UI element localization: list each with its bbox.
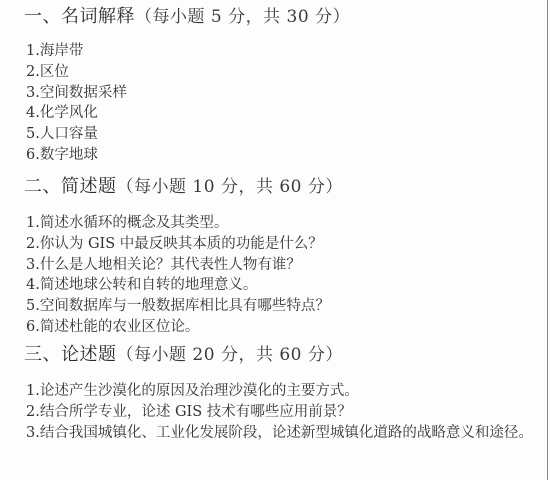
question-item: 6.简述杜能的农业区位论。 (24, 317, 546, 338)
section-title: 简述题 (61, 176, 117, 197)
question-number: 4. (26, 105, 40, 121)
question-number: 2. (26, 64, 40, 80)
question-text: 化学风化 (40, 105, 98, 121)
question-item: 2.结合所学专业，论述 GIS 技术有哪些应用前景？ (24, 402, 546, 423)
question-number: 3. (26, 257, 40, 273)
question-number: 5. (26, 298, 40, 314)
question-number: 1. (26, 43, 40, 59)
question-item: 6.数字地球 (24, 145, 546, 166)
section-number: 一、 (24, 6, 61, 27)
question-number: 5. (26, 126, 40, 142)
question-item: 4.简述地球公转和自转的地理意义。 (24, 275, 546, 296)
section-term-definitions: 一、名词解释（每小题 5 分，共 30 分） 1.海岸带 2.区位 3.空间数据… (24, 6, 546, 166)
question-item: 1.简述水循环的概念及其类型。 (24, 213, 546, 234)
question-item: 5.人口容量 (24, 124, 546, 145)
section-heading: 二、简述题（每小题 10 分，共 60 分） (24, 176, 546, 198)
question-text: 论述产生沙漠化的原因及治理沙漠化的主要方式。 (40, 383, 359, 399)
section-short-answer: 二、简述题（每小题 10 分，共 60 分） 1.简述水循环的概念及其类型。 2… (24, 176, 546, 338)
section-score-note: （每小题 5 分，共 30 分） (135, 7, 350, 27)
question-text: 简述杜能的农业区位论。 (40, 319, 200, 335)
question-number: 2. (26, 404, 40, 420)
question-item: 3.结合我国城镇化、工业化发展阶段，论述新型城镇化道路的战略意义和途径。 (24, 423, 546, 444)
question-item: 1.论述产生沙漠化的原因及治理沙漠化的主要方式。 (24, 381, 546, 402)
section-score-note: （每小题 20 分，共 60 分） (117, 345, 343, 365)
question-text: 简述水循环的概念及其类型。 (40, 215, 229, 231)
question-number: 4. (26, 277, 40, 293)
question-item: 2.你认为 GIS 中最反映其本质的功能是什么？ (24, 234, 546, 255)
section-title: 名词解释 (61, 6, 135, 27)
section-number: 三、 (24, 344, 61, 365)
question-item: 4.化学风化 (24, 103, 546, 124)
section-number: 二、 (24, 176, 61, 197)
question-text: 你认为 GIS 中最反映其本质的功能是什么？ (40, 236, 323, 252)
question-number: 1. (26, 383, 40, 399)
section-heading: 三、论述题（每小题 20 分，共 60 分） (24, 344, 546, 366)
section-score-note: （每小题 10 分，共 60 分） (117, 177, 343, 197)
section-essay: 三、论述题（每小题 20 分，共 60 分） 1.论述产生沙漠化的原因及治理沙漠… (24, 344, 546, 443)
question-number: 3. (26, 425, 40, 441)
question-item: 1.海岸带 (24, 41, 546, 62)
question-text: 海岸带 (40, 43, 84, 59)
question-text: 区位 (40, 64, 69, 80)
section-title: 论述题 (61, 344, 117, 365)
question-number: 1. (26, 215, 40, 231)
question-number: 6. (26, 319, 40, 335)
question-list: 1.简述水循环的概念及其类型。 2.你认为 GIS 中最反映其本质的功能是什么？… (24, 213, 546, 338)
page-edge-divider (547, 0, 548, 480)
question-list: 1.海岸带 2.区位 3.空间数据采样 4.化学风化 5.人口容量 6.数字地球 (24, 41, 546, 166)
exam-page: 一、名词解释（每小题 5 分，共 30 分） 1.海岸带 2.区位 3.空间数据… (0, 0, 549, 480)
question-item: 3.空间数据采样 (24, 83, 546, 104)
question-number: 6. (26, 147, 40, 163)
question-text: 空间数据采样 (40, 85, 127, 101)
question-item: 5.空间数据库与一般数据库相比具有哪些特点？ (24, 296, 546, 317)
question-list: 1.论述产生沙漠化的原因及治理沙漠化的主要方式。 2.结合所学专业，论述 GIS… (24, 381, 546, 443)
question-item: 2.区位 (24, 62, 546, 83)
question-number: 3. (26, 85, 40, 101)
question-item: 3.什么是人地相关论？其代表性人物有谁？ (24, 255, 546, 276)
question-text: 人口容量 (40, 126, 98, 142)
question-number: 2. (26, 236, 40, 252)
question-text: 数字地球 (40, 147, 98, 163)
section-heading: 一、名词解释（每小题 5 分，共 30 分） (24, 6, 546, 28)
question-text: 什么是人地相关论？其代表性人物有谁？ (40, 257, 301, 273)
question-text: 结合我国城镇化、工业化发展阶段，论述新型城镇化道路的战略意义和途径。 (40, 425, 533, 441)
question-text: 简述地球公转和自转的地理意义。 (40, 277, 258, 293)
question-text: 空间数据库与一般数据库相比具有哪些特点？ (40, 298, 330, 314)
question-text: 结合所学专业，论述 GIS 技术有哪些应用前景？ (40, 404, 352, 420)
